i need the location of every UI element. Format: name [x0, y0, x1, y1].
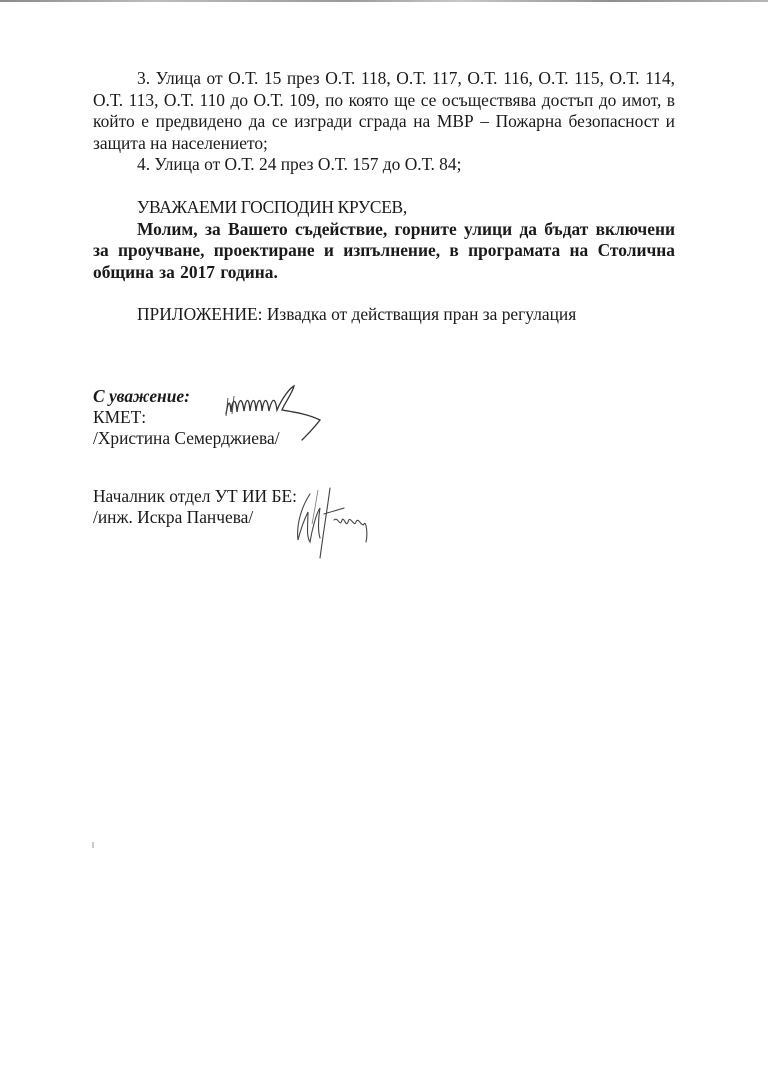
department-head-signature-block: Началник отдел УТ ИИ БЕ: /инж. Искра Пан… [93, 486, 297, 528]
list-item-4: 4. Улица от О.Т. 24 през О.Т. 157 до О.Т… [93, 154, 675, 176]
signatory-title: Началник отдел УТ ИИ БЕ: [93, 486, 297, 507]
attachment-note: ПРИЛОЖЕНИЕ: Извадка от действащия пран з… [93, 304, 675, 326]
closing-regards: С уважение: [93, 386, 280, 407]
signatory-title: КМЕТ: [93, 407, 280, 428]
scan-speck [92, 842, 94, 848]
scan-edge [0, 0, 768, 2]
mayor-signature-block: С уважение: КМЕТ: /Христина Семерджиева/ [93, 386, 280, 449]
salutation: УВАЖАЕМИ ГОСПОДИН КРУСЕВ, [93, 197, 675, 219]
signatory-name: /Христина Семерджиева/ [93, 428, 280, 449]
request-paragraph: Молим, за Вашето съдействие, горните ули… [93, 219, 675, 284]
signature-icon [290, 484, 376, 564]
signatory-name: /инж. Искра Панчева/ [93, 507, 297, 528]
letter-body: 3. Улица от О.Т. 15 през О.Т. 118, О.Т. … [93, 68, 675, 326]
list-item-3: 3. Улица от О.Т. 15 през О.Т. 118, О.Т. … [93, 68, 675, 154]
